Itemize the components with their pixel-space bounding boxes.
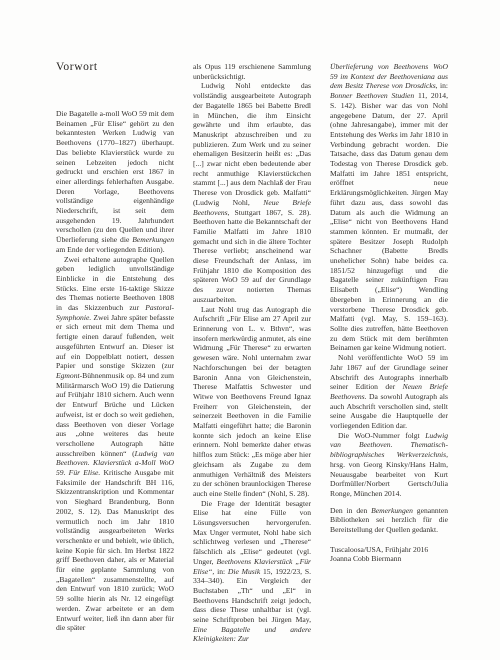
paragraph: Zwei erhaltene autographe Quellen geben …	[56, 255, 174, 633]
text-column-2: als Opus 119 erschienene Sammlung unberü…	[193, 62, 311, 644]
italic-text-run: Überlieferung von Beethovens WoO 59 im K…	[330, 62, 448, 90]
paragraph: Überlieferung von Beethovens WoO 59 im K…	[330, 62, 448, 353]
paragraph: Die Bagatelle a-moll WoO 59 mit dem Bein…	[56, 109, 174, 255]
text-run: Stuttgart 1867, S. 28). Beethoven hatte …	[193, 208, 311, 304]
text-run: Die Bagatelle a-moll WoO 59 mit dem Bein…	[56, 109, 174, 244]
text-run: hrsg. von Georg Kinsky/Hans Halm, Neuaus…	[330, 460, 448, 498]
text-column-1: Die Bagatelle a-moll WoO 59 mit dem Bein…	[56, 109, 174, 633]
text-run: -Bühnenmusik op. 84 und zum Militärmarsc…	[56, 371, 174, 458]
italic-text-run: Bemerkungen	[132, 235, 174, 244]
italic-text-run: Eine Bagatelle und andere Kleinigkeiten:…	[193, 625, 311, 644]
italic-text-run: Bonner Beethoven Studien	[330, 91, 414, 100]
paragraph: Tuscaloosa/USA, Frühjahr 2016	[330, 545, 448, 555]
text-run: Kritische Ausgabe mit Faksimile der Hand…	[56, 468, 174, 632]
paragraph: Die WoO-Nummer folgt Ludwig van Beethove…	[330, 431, 448, 499]
book-page: Vorwort Die Bagatelle a-moll WoO 59 mit …	[0, 0, 500, 660]
page-title: Vorwort	[56, 61, 98, 73]
text-run: Laut Nohl trug das Autograph die Aufschr…	[193, 305, 311, 498]
text-run: in:	[214, 567, 228, 576]
text-run: Tuscaloosa/USA, Frühjahr 2016	[330, 545, 428, 554]
paragraph: Laut Nohl trug das Autograph die Aufschr…	[193, 305, 311, 499]
paragraph: Die Frage der Identität besagter Elise h…	[193, 499, 311, 645]
text-run: in:	[438, 81, 448, 90]
text-run: am Ende der vorliegenden Edition).	[56, 245, 165, 254]
paragraph: Ludwig Nohl entdeckte das vollständig au…	[193, 81, 311, 304]
paragraph: Joanna Cobb Biermann	[330, 554, 448, 564]
text-run: Den in den	[330, 506, 371, 515]
text-run: Joanna Cobb Biermann	[330, 554, 401, 563]
text-run: Die Frage der Identität besagter Elise h…	[193, 499, 311, 566]
italic-text-run: Egmont	[56, 371, 80, 380]
text-run: Die WoO-Nummer folgt	[338, 431, 425, 440]
text-column-3: Überlieferung von Beethovens WoO 59 im K…	[330, 62, 448, 564]
italic-text-run: Bemerkungen	[371, 506, 413, 515]
italic-text-run: Die Musik	[228, 567, 260, 576]
paragraph: Nohl veröffentlichte WoO 59 im Jahr 1867…	[330, 353, 448, 431]
paragraph: als Opus 119 erschienene Sammlung unberü…	[193, 62, 311, 81]
paragraph: Den in den Bemerkungen genannten Bibliot…	[330, 506, 448, 535]
text-run: als Opus 119 erschienene Sammlung unberü…	[193, 62, 311, 81]
text-run: Ludwig Nohl entdeckte das vollständig au…	[193, 81, 311, 206]
text-run: 11, 2014, S. 142). Bisher war das von No…	[330, 91, 448, 352]
